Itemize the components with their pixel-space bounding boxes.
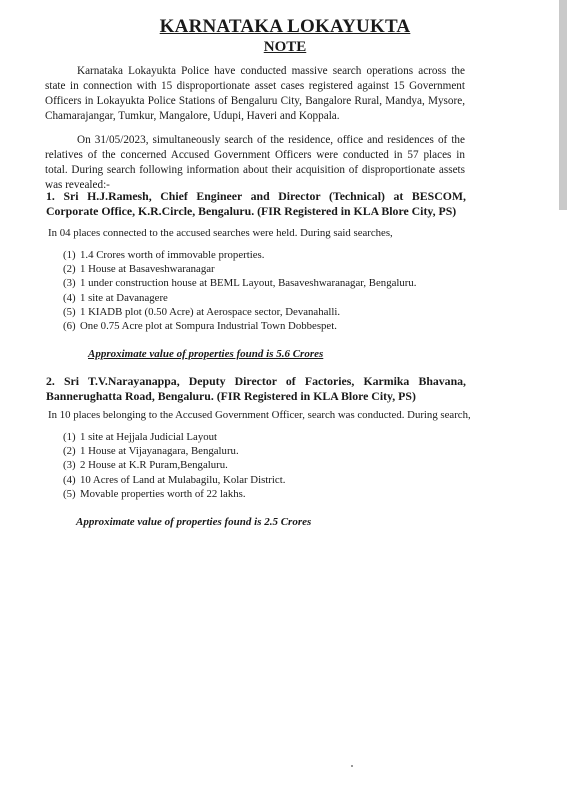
intro-paragraph: Karnataka Lokayukta Police have conducte… [45,64,465,124]
case-2-intro: In 10 places belonging to the Accused Go… [48,408,471,422]
scan-speck [351,765,353,767]
case-1-property-list: (1)1.4 Crores worth of immovable propert… [63,248,416,333]
list-item: (6)One 0.75 Acre plot at Sompura Industr… [63,319,416,333]
list-item: (1)1 site at Hejjala Judicial Layout [63,430,285,444]
list-item: (4)10 Acres of Land at Mulabagilu, Kolar… [63,473,285,487]
list-item: (5)1 KIADB plot (0.50 Acre) at Aerospace… [63,305,416,319]
list-item: (2)1 House at Vijayanagara, Bengaluru. [63,444,285,458]
document-title: KARNATAKA LOKAYUKTA [0,16,570,38]
search-paragraph: On 31/05/2023, simultaneously search of … [45,133,465,193]
list-item: (1)1.4 Crores worth of immovable propert… [63,248,416,262]
case-2-property-list: (1)1 site at Hejjala Judicial Layout (2)… [63,430,285,501]
document-subtitle: NOTE [0,39,570,56]
list-item: (5)Movable properties worth of 22 lakhs. [63,487,285,501]
list-item: (3)2 House at K.R Puram,Bengaluru. [63,458,285,472]
list-item: (3)1 under construction house at BEML La… [63,276,416,290]
document-page: KARNATAKA LOKAYUKTA NOTE Karnataka Lokay… [0,0,556,800]
case-2-approx-value: Approximate value of properties found is… [76,516,311,528]
list-item: (4)1 site at Davanagere [63,291,416,305]
case-1-intro: In 04 places connected to the accused se… [48,226,393,240]
case-1-approx-value: Approximate value of properties found is… [88,348,323,360]
list-item: (2)1 House at Basaveshwaranagar [63,262,416,276]
case-1-heading: 1. Sri H.J.Ramesh, Chief Engineer and Di… [46,189,466,219]
case-2-heading: 2. Sri T.V.Narayanappa, Deputy Director … [46,374,466,404]
scrollbar-thumb[interactable] [559,0,567,210]
